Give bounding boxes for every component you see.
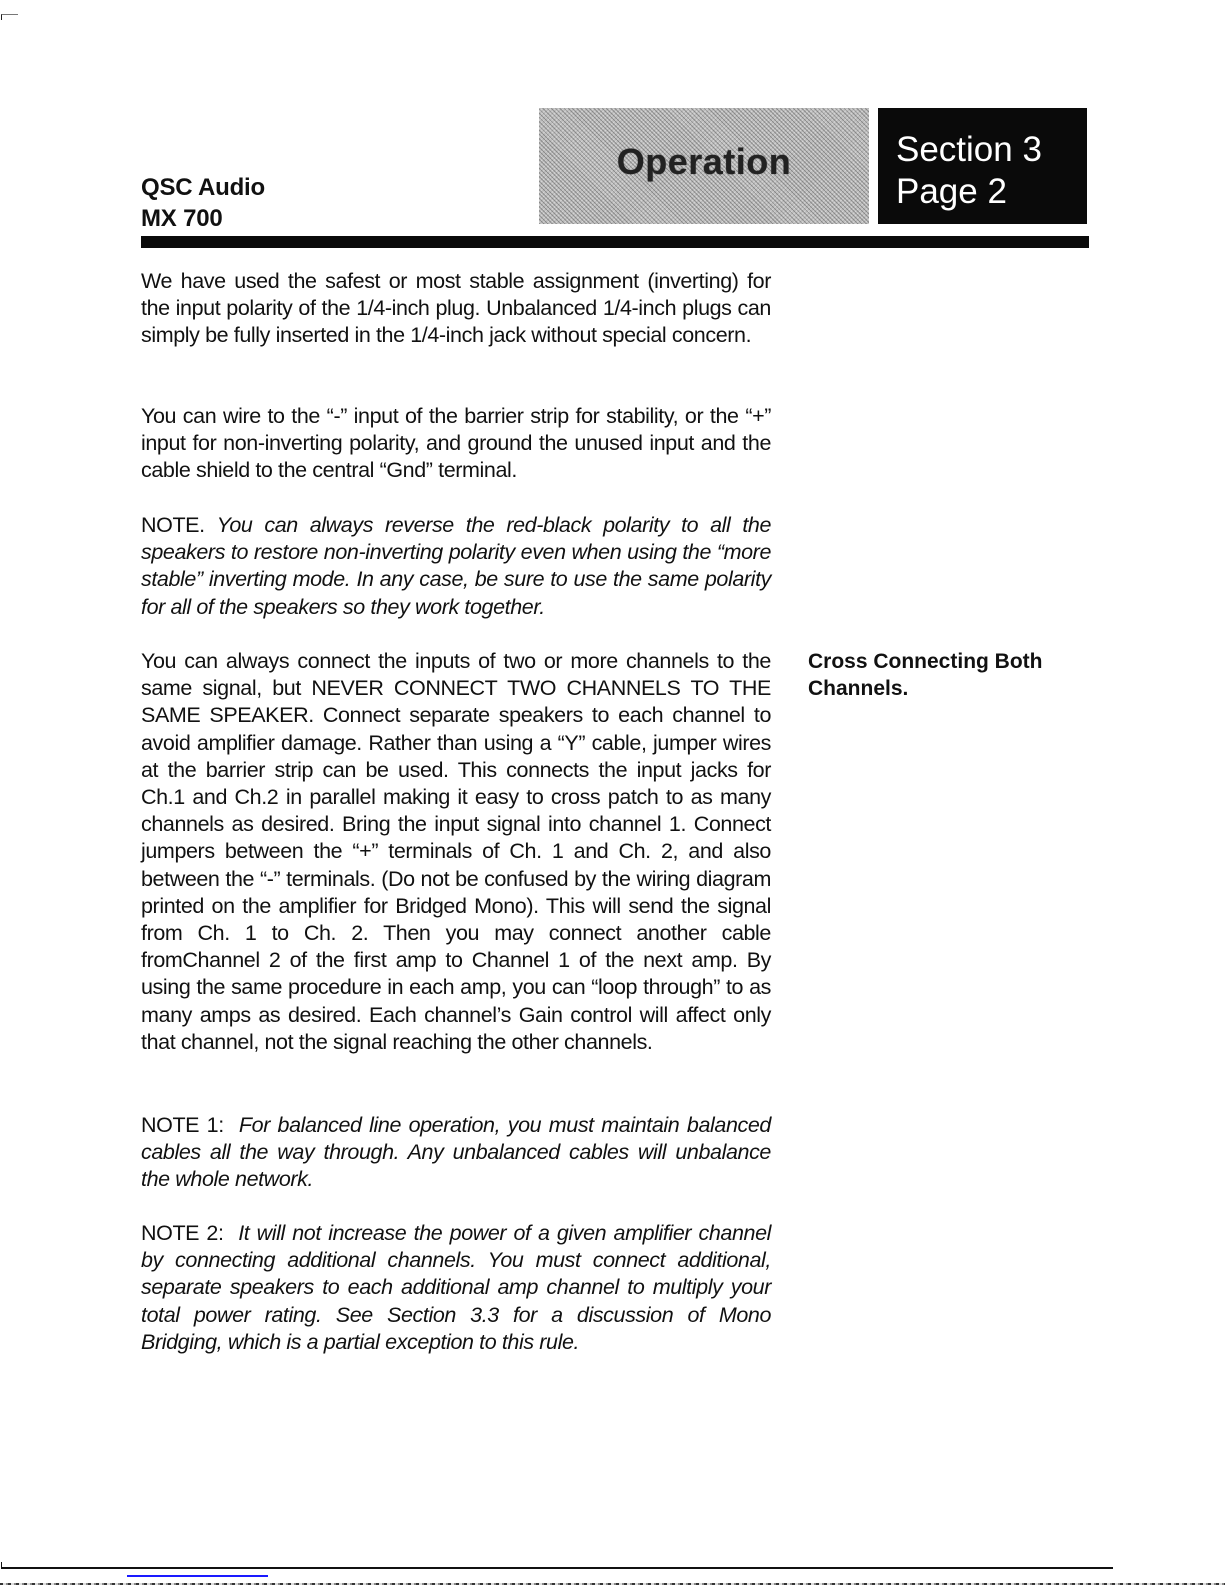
paragraph-plug-polarity: We have used the safest or most stable a… <box>141 268 771 350</box>
note-2: NOTE 2: It will not increase the power o… <box>141 1220 771 1356</box>
paragraph-barrier-strip: You can wire to the “-” input of the bar… <box>141 403 771 485</box>
note2-text: It will not increase the power of a give… <box>141 1221 771 1354</box>
header-rule <box>141 236 1089 248</box>
company-name: QSC Audio <box>141 172 265 203</box>
note1-text: For balanced line operation, you must ma… <box>141 1113 771 1191</box>
chapter-title: Operation <box>617 141 792 183</box>
note1-label: NOTE 1: <box>141 1113 224 1137</box>
section-banner: Section 3 Page 2 <box>878 108 1087 224</box>
note-text: You can always reverse the red-black pol… <box>141 513 771 619</box>
crop-mark <box>1 14 18 20</box>
paragraph-cross-connecting: You can always connect the inputs of two… <box>141 648 771 1056</box>
brand-block: QSC Audio MX 700 <box>141 172 265 234</box>
note-label: NOTE. <box>141 513 205 537</box>
note-polarity: NOTE. You can always reverse the red-bla… <box>141 512 771 621</box>
model-name: MX 700 <box>141 203 265 234</box>
page-label: Page 2 <box>896 172 1007 212</box>
sidebar-heading: Cross Connecting Both Channels. <box>808 648 1043 702</box>
footer-rule <box>1 1567 1113 1569</box>
section-label: Section 3 <box>896 130 1042 170</box>
chapter-banner: Operation <box>539 108 869 224</box>
footer-link-underline <box>127 1575 268 1577</box>
note2-label: NOTE 2: <box>141 1221 224 1245</box>
note-1: NOTE 1: For balanced line operation, you… <box>141 1112 771 1194</box>
